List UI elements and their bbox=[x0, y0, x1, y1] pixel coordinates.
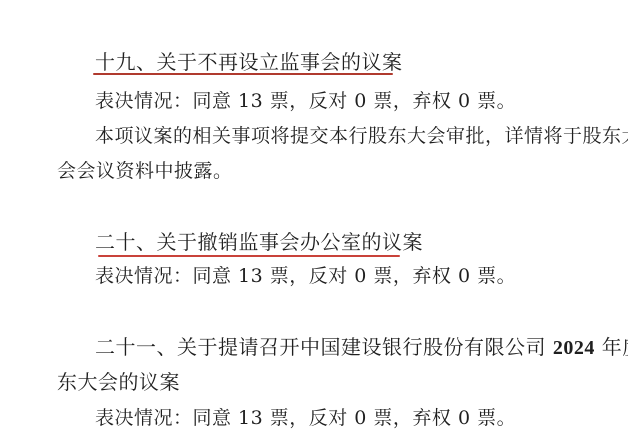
section-19-highlight-underline bbox=[93, 73, 393, 75]
section-20-vote-result: 表决情况：同意 13 票，反对 0 票，弃权 0 票。 bbox=[95, 264, 516, 288]
section-19-note-line-1: 本项议案的相关事项将提交本行股东大会审批，详情将于股东大 bbox=[95, 124, 628, 148]
section-21-heading-line-2: 东大会的议案 bbox=[57, 370, 180, 394]
section-19-vote-result: 表决情况：同意 13 票，反对 0 票，弃权 0 票。 bbox=[95, 89, 516, 113]
section-21-heading-year: 2024 bbox=[553, 337, 595, 359]
section-19-heading: 十九、关于不再设立监事会的议案 bbox=[95, 50, 403, 74]
section-20-heading: 二十、关于撤销监事会办公室的议案 bbox=[95, 230, 423, 254]
section-19-note-line-2: 会会议资料中披露。 bbox=[57, 159, 233, 183]
section-21-heading-line-1: 二十一、关于提请召开中国建设银行股份有限公司 2024 年度股 bbox=[95, 335, 628, 360]
section-21-heading-prefix: 二十一、关于提请召开中国建设银行股份有限公司 bbox=[95, 335, 553, 359]
section-20-highlight-underline bbox=[98, 255, 400, 257]
section-21-vote-result: 表决情况：同意 13 票，反对 0 票，弃权 0 票。 bbox=[95, 406, 516, 430]
section-21-heading-suffix: 年度股 bbox=[595, 335, 628, 359]
